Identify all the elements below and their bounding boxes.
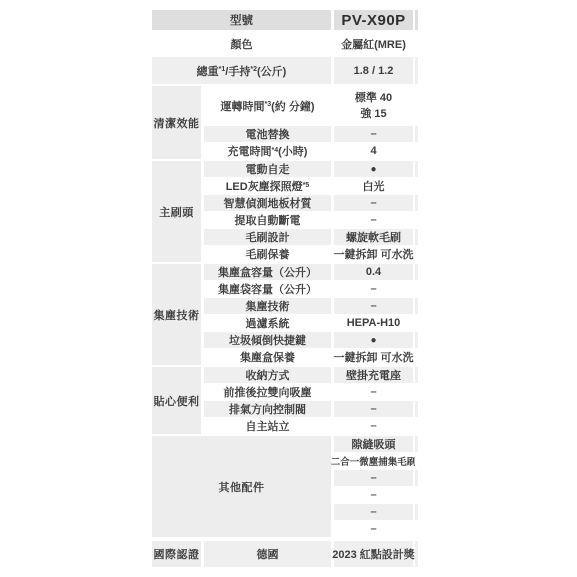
spec-attribute-label: 集塵袋容量（公升） <box>204 281 331 297</box>
section-label: 主刷頭 <box>152 161 201 262</box>
spec-row: 總重*1/手持*2(公斤)1.8 / 1.2 <box>152 57 418 84</box>
spec-row: 集塵技術– <box>204 298 418 314</box>
next-column-sliver <box>415 521 418 537</box>
spec-value: – <box>334 212 413 228</box>
spec-group: 主刷頭電動自走●LED灰塵探照燈*5白光智慧偵測地板材質–提取自動斷電–毛刷設計… <box>152 161 418 262</box>
spec-value: PV-X90P <box>334 10 413 30</box>
spec-value: HEPA-H10 <box>334 315 413 331</box>
spec-row: 集塵袋容量（公升）– <box>204 281 418 297</box>
spec-value: – <box>334 418 413 434</box>
spec-value: 二合一微塵捕集毛刷 <box>334 453 413 469</box>
spec-row: 德國2023 紅點設計獎 <box>204 541 418 567</box>
spec-attribute-label: 集塵盒容量（公升） <box>204 264 331 280</box>
spec-attribute-label: 集塵盒保養 <box>204 349 331 365</box>
spec-value: 標準 40 強 15 <box>334 86 413 125</box>
spec-value: 螺旋軟毛刷 <box>334 229 413 245</box>
next-column-sliver <box>415 349 418 365</box>
next-column-sliver <box>415 384 418 400</box>
spec-value: 金屬紅(MRE) <box>334 31 413 56</box>
section-label: 貼心便利 <box>152 367 201 434</box>
spec-value: 隙縫吸頭 <box>334 436 413 452</box>
next-column-sliver <box>415 436 418 452</box>
next-column-sliver <box>415 229 418 245</box>
spec-value: – <box>334 504 413 520</box>
spec-value: – <box>334 384 413 400</box>
spec-value: 一鍵拆卸 可水洗 <box>334 246 413 262</box>
spec-attribute-label: 充電時間*4(小時) <box>204 143 331 159</box>
spec-row: 集塵盒容量（公升）0.4 <box>204 264 418 280</box>
spec-attribute-label: 智慧偵測地板材質 <box>204 195 331 211</box>
spec-group: 清潔效能運轉時間*3(約 分鐘)標準 40 強 15電池替換–充電時間*4(小時… <box>152 86 418 159</box>
next-column-sliver <box>415 401 418 417</box>
spec-row: 充電時間*4(小時)4 <box>204 143 418 159</box>
spec-group: 國際認證德國2023 紅點設計獎 <box>152 541 418 567</box>
spec-row: 電動自走● <box>204 161 418 177</box>
next-column-sliver <box>415 541 418 567</box>
next-column-sliver <box>415 246 418 262</box>
next-column-sliver <box>415 332 418 348</box>
product-spec-sheet: 型號PV-X90P顏色金屬紅(MRE)總重*1/手持*2(公斤)1.8 / 1.… <box>0 0 577 577</box>
spec-attribute-label: 集塵技術 <box>204 298 331 314</box>
spec-rows: 德國2023 紅點設計獎 <box>204 541 418 567</box>
spec-rows: 集塵盒容量（公升）0.4集塵袋容量（公升）–集塵技術–過濾系統HEPA-H10垃… <box>204 264 418 365</box>
spec-row: – <box>334 504 418 520</box>
spec-row: 垃圾傾倒快捷鍵● <box>204 332 418 348</box>
spec-row: 毛刷設計螺旋軟毛刷 <box>204 229 418 245</box>
next-column-sliver <box>415 10 418 30</box>
spec-value: 4 <box>334 143 413 159</box>
spec-value: 一鍵拆卸 可水洗 <box>334 349 413 365</box>
spec-row: 前推後拉雙向吸塵– <box>204 384 418 400</box>
spec-table: 型號PV-X90P顏色金屬紅(MRE)總重*1/手持*2(公斤)1.8 / 1.… <box>152 10 418 569</box>
spec-row: – <box>334 521 418 537</box>
spec-rows: 運轉時間*3(約 分鐘)標準 40 強 15電池替換–充電時間*4(小時)4 <box>204 86 418 159</box>
spec-value: 壁掛充電座 <box>334 367 413 383</box>
spec-rows: 隙縫吸頭二合一微塵捕集毛刷–––– <box>334 436 418 537</box>
next-column-sliver <box>415 57 418 84</box>
spec-value: – <box>334 126 413 142</box>
spec-group-top: 型號PV-X90P顏色金屬紅(MRE)總重*1/手持*2(公斤)1.8 / 1.… <box>152 10 418 84</box>
next-column-sliver <box>415 298 418 314</box>
spec-row: 過濾系統HEPA-H10 <box>204 315 418 331</box>
spec-attribute-label: 前推後拉雙向吸塵 <box>204 384 331 400</box>
spec-row: 排氣方向控制閥– <box>204 401 418 417</box>
spec-row: 收納方式壁掛充電座 <box>204 367 418 383</box>
spec-group: 集塵技術集塵盒容量（公升）0.4集塵袋容量（公升）–集塵技術–過濾系統HEPA-… <box>152 264 418 365</box>
spec-row: 自主站立– <box>204 418 418 434</box>
spec-value: 0.4 <box>334 264 413 280</box>
next-column-sliver <box>415 418 418 434</box>
spec-value: – <box>334 401 413 417</box>
spec-rows: 收納方式壁掛充電座前推後拉雙向吸塵–排氣方向控制閥–自主站立– <box>204 367 418 434</box>
next-column-sliver <box>415 504 418 520</box>
spec-value-dot: ● <box>334 161 413 177</box>
next-column-sliver <box>415 126 418 142</box>
spec-group: 貼心便利收納方式壁掛充電座前推後拉雙向吸塵–排氣方向控制閥–自主站立– <box>152 367 418 434</box>
next-column-sliver <box>415 86 418 125</box>
spec-attribute-label: 收納方式 <box>204 367 331 383</box>
spec-attribute-label: 排氣方向控制閥 <box>204 401 331 417</box>
next-column-sliver <box>415 212 418 228</box>
spec-row: 型號PV-X90P <box>152 10 418 30</box>
next-column-sliver <box>415 367 418 383</box>
spec-value: – <box>334 298 413 314</box>
next-column-sliver <box>415 161 418 177</box>
spec-attribute-label: 電動自走 <box>204 161 331 177</box>
spec-attribute-label: 毛刷保養 <box>204 246 331 262</box>
next-column-sliver <box>415 143 418 159</box>
spec-attribute-label: 顏色 <box>152 31 331 56</box>
spec-row: 智慧偵測地板材質– <box>204 195 418 211</box>
section-label: 集塵技術 <box>152 264 201 365</box>
spec-row: 顏色金屬紅(MRE) <box>152 31 418 56</box>
spec-attribute-label: 過濾系統 <box>204 315 331 331</box>
spec-rows: 電動自走●LED灰塵探照燈*5白光智慧偵測地板材質–提取自動斷電–毛刷設計螺旋軟… <box>204 161 418 262</box>
next-column-sliver <box>415 281 418 297</box>
section-label: 清潔效能 <box>152 86 201 159</box>
next-column-sliver <box>415 195 418 211</box>
spec-attribute-label: 垃圾傾倒快捷鍵 <box>204 332 331 348</box>
spec-value: – <box>334 521 413 537</box>
spec-row: 二合一微塵捕集毛刷 <box>334 453 418 469</box>
spec-value: 白光 <box>334 178 413 194</box>
spec-attribute-label: LED灰塵探照燈*5 <box>204 178 331 194</box>
spec-value: 1.8 / 1.2 <box>334 57 413 84</box>
spec-row: 毛刷保養一鍵拆卸 可水洗 <box>204 246 418 262</box>
spec-row: 電池替換– <box>204 126 418 142</box>
section-label: 國際認證 <box>152 541 201 567</box>
spec-attribute-label: 電池替換 <box>204 126 331 142</box>
next-column-sliver <box>415 264 418 280</box>
next-column-sliver <box>415 470 418 486</box>
spec-group: 其他配件隙縫吸頭二合一微塵捕集毛刷–––– <box>152 436 418 537</box>
next-column-sliver <box>415 178 418 194</box>
next-column-sliver <box>415 315 418 331</box>
next-column-sliver <box>415 31 418 56</box>
spec-row: LED灰塵探照燈*5白光 <box>204 178 418 194</box>
spec-row: – <box>334 487 418 503</box>
spec-row: 隙縫吸頭 <box>334 436 418 452</box>
spec-row: 運轉時間*3(約 分鐘)標準 40 強 15 <box>204 86 418 125</box>
spec-value-dot: ● <box>334 332 413 348</box>
spec-row: – <box>334 470 418 486</box>
spec-attribute-label: 總重*1/手持*2(公斤) <box>152 57 331 84</box>
next-column-sliver <box>415 487 418 503</box>
section-label: 其他配件 <box>152 436 331 537</box>
spec-value: – <box>334 487 413 503</box>
spec-value: – <box>334 281 413 297</box>
spec-attribute-label: 型號 <box>152 10 331 30</box>
spec-value: – <box>334 195 413 211</box>
spec-attribute-label: 自主站立 <box>204 418 331 434</box>
spec-value: 2023 紅點設計獎 <box>334 541 413 567</box>
spec-row: 集塵盒保養一鍵拆卸 可水洗 <box>204 349 418 365</box>
spec-attribute-label: 提取自動斷電 <box>204 212 331 228</box>
spec-row: 提取自動斷電– <box>204 212 418 228</box>
spec-rows: 型號PV-X90P顏色金屬紅(MRE)總重*1/手持*2(公斤)1.8 / 1.… <box>152 10 418 84</box>
spec-attribute-label: 運轉時間*3(約 分鐘) <box>204 86 331 125</box>
next-column-sliver <box>415 453 418 469</box>
spec-value: – <box>334 470 413 486</box>
spec-attribute-label: 毛刷設計 <box>204 229 331 245</box>
spec-attribute-label: 德國 <box>204 541 331 567</box>
